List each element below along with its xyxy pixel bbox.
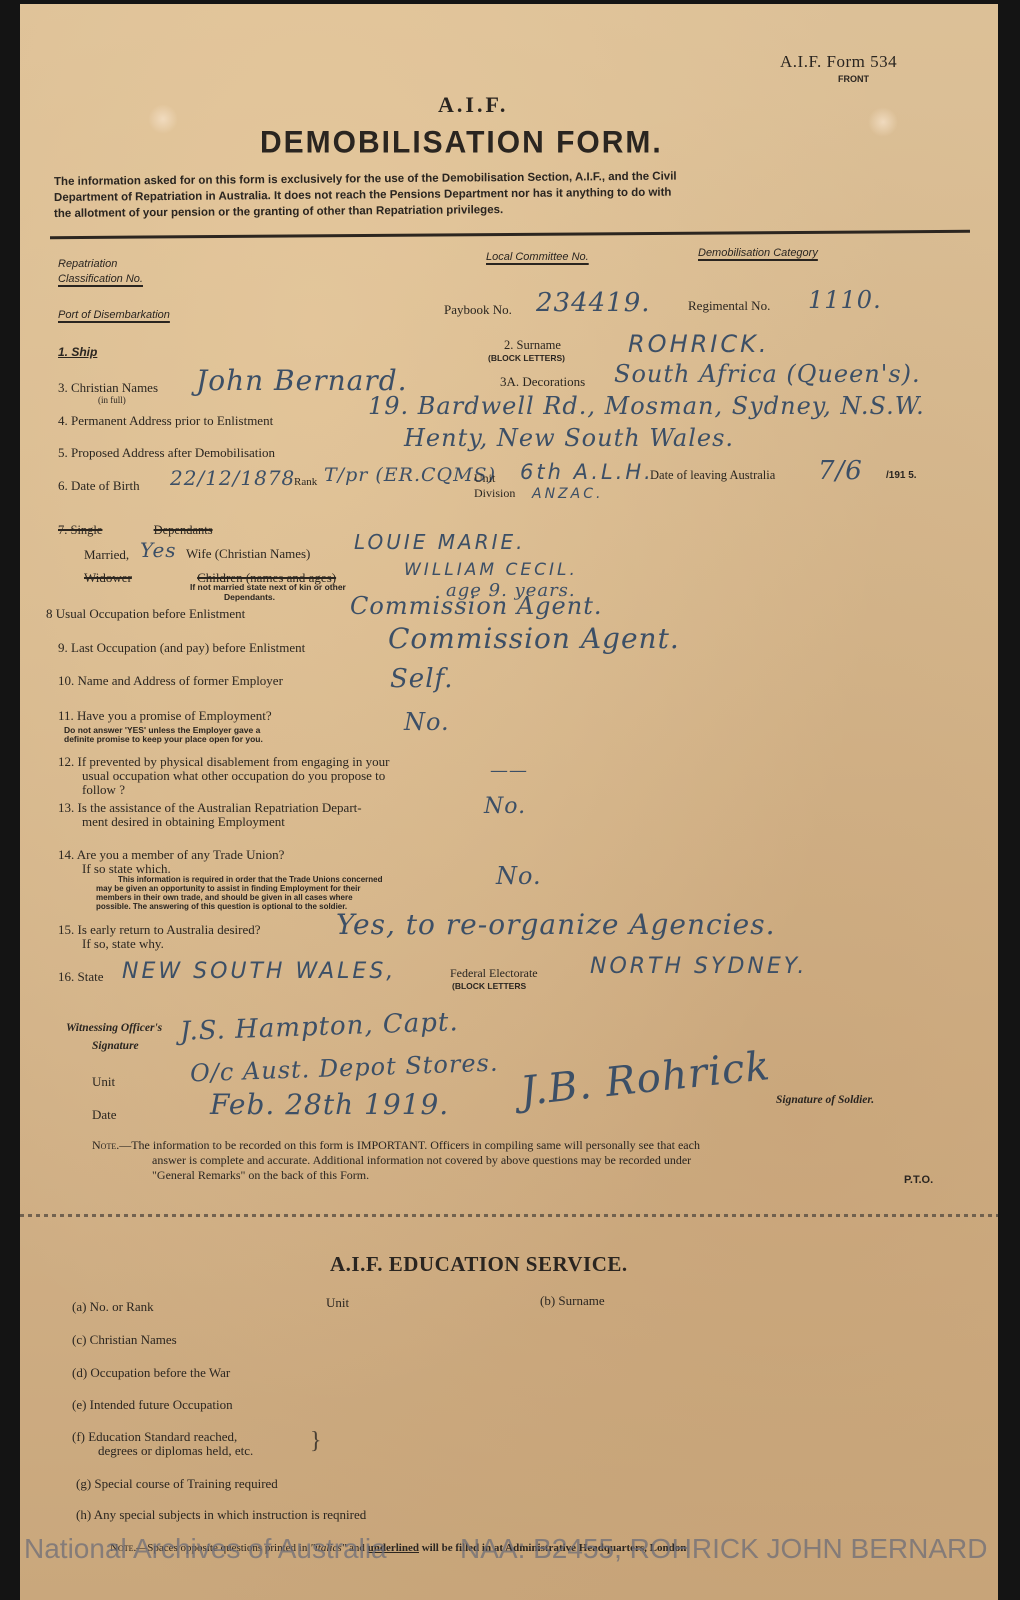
q8-value[interactable]: Commission Agent. [350,592,602,620]
education-title: A.I.F. EDUCATION SERVICE. [330,1252,628,1277]
regimental-value[interactable]: 1110. [808,286,882,314]
date-value[interactable]: Feb. 28th 1919. [210,1088,449,1121]
q14-note-1: This information is required in order th… [118,875,382,884]
archive-watermark-left: National Archives of Australia [24,1533,387,1565]
wife-value[interactable]: LOUIE MARIE. [354,530,526,554]
edu-no-rank-label: (a) No. or Rank [72,1299,154,1315]
q11-value[interactable]: No. [404,708,450,736]
widower-option: Widower [84,570,132,585]
q10-label: 10. Name and Address of former Employer [58,673,283,689]
repatriation-classification-label-1: Repatriation [58,258,117,270]
perm-address-value[interactable]: 19. Bardwell Rd., Mosman, Sydney, N.S.W. [368,392,925,420]
q11-note-2: definite promise to keep your place open… [64,734,263,744]
q16-state-value[interactable]: NEW SOUTH WALES, [122,959,396,984]
unit-label: Unit [474,471,495,486]
date-leaving-year: /191 5. [886,470,917,481]
note-text-1: —The information to be recorded on this … [119,1138,700,1152]
punch-hole [148,104,178,134]
q14-note-4: possible. The answering of this question… [96,902,347,911]
witness-unit-value[interactable]: O/c Aust. Depot Stores. [190,1049,499,1088]
next-of-kin-note-2: Dependants. [224,592,275,602]
demob-category-label: Demobilisation Category [698,247,818,259]
christian-names-sub: (in full) [98,395,126,405]
date-leaving-label: Date of leaving Australia [650,468,775,483]
q16-electorate-sub: (BLOCK LETTERS [452,981,526,991]
q7-single-label: 7. Single Dependants [58,523,213,538]
intro-line-2: Department of Repatriation in Australia.… [54,187,672,204]
single-option: 7. Single [58,523,102,537]
q12-line-2: usual occupation what other occupation d… [82,768,385,784]
edu-standard-label-2: degrees or diplomas held, etc. [98,1443,253,1459]
next-of-kin-note-1: If not married state next of kin or othe… [190,582,346,592]
edu-surname-label: (b) Surname [540,1293,605,1309]
org-title: A.I.F. [438,92,508,118]
header-divider [50,230,970,239]
division-label: Division [474,486,515,501]
soldier-signature[interactable]: J.B. Rohrick [518,1043,772,1115]
brace-icon: } [310,1428,322,1455]
q9-label: 9. Last Occupation (and pay) before Enli… [58,640,305,656]
married-label: Married, [84,547,129,563]
decorations-value[interactable]: South Africa (Queen's). [614,360,921,388]
division-value[interactable]: ANZAC. [532,486,603,502]
q12-line-3: follow ? [82,782,125,798]
paybook-label: Paybook No. [444,302,512,318]
rank-label: Rank [294,476,317,488]
q16-electorate-label: Federal Electorate [450,966,538,981]
intro-line-3: the allotment of your pension or the gra… [54,204,503,220]
edu-unit-label: Unit [326,1295,349,1311]
witness-unit-label: Unit [92,1074,115,1090]
port-of-disembarkation-label: Port of Disembarkation [58,309,170,321]
pto-label: P.T.O. [904,1174,933,1186]
ship-label: 1. Ship [58,345,97,360]
paybook-value[interactable]: 234419. [536,288,651,318]
q10-value[interactable]: Self. [390,664,453,694]
q16-state-label: 16. State [58,969,104,985]
q12-value[interactable]: —— [490,760,528,781]
edu-future-occupation-label: (e) Intended future Occupation [72,1397,233,1413]
proposed-address-value[interactable]: Henty, New South Wales. [404,424,734,452]
archive-watermark-right: NAA: B2455, ROHRICK JOHN BERNARD [460,1533,987,1565]
soldier-signature-label: Signature of Soldier. [776,1094,874,1106]
surname-sub: (BLOCK LETTERS) [488,353,565,363]
dependants-option: Dependants [154,523,213,537]
date-label: Date [92,1107,117,1123]
q8-label: 8 Usual Occupation before Enlistment [46,606,245,622]
punch-hole [868,107,898,137]
dob-value[interactable]: 22/12/1878 [170,466,295,490]
surname-value[interactable]: ROHRICK. [628,330,770,358]
edu-special-subjects-label: (h) Any special subjects in which instru… [76,1507,366,1523]
q11-label: 11. Have you a promise of Employment? [58,708,272,724]
intro-line-1: The information asked for on this form i… [54,171,677,188]
q14-note-3: members in their own trade, and should b… [96,893,353,902]
q14-value[interactable]: No. [496,862,542,890]
form-number: A.I.F. Form 534 [780,52,897,72]
note-prefix: Note. [92,1138,119,1152]
q9-value[interactable]: Commission Agent. [388,622,680,655]
wife-label: Wife (Christian Names) [186,546,310,562]
decorations-label: 3A. Decorations [500,374,585,390]
q13-line-2: ment desired in obtaining Employment [82,814,285,830]
q14-note-2: may be given an opportunity to assist in… [96,884,360,893]
regimental-label: Regimental No. [688,298,770,314]
married-value[interactable]: Yes [140,538,177,562]
document-page: A.I.F. Form 534 FRONT A.I.F. DEMOBILISAT… [20,4,998,1600]
page-title: DEMOBILISATION FORM. [260,125,663,161]
perforation-line [20,1214,998,1217]
witness-signature[interactable]: J.S. Hampton, Capt. [180,1007,460,1047]
q15-line-2: If so, state why. [82,936,164,952]
edu-occupation-before-label: (d) Occupation before the War [72,1365,230,1381]
edu-training-label: (g) Special course of Training required [76,1476,278,1492]
surname-label: 2. Surname [504,338,561,353]
date-leaving-value[interactable]: 7/6 [818,456,863,486]
important-note-line-3: "General Remarks" on the back of this Fo… [152,1168,369,1183]
children-value[interactable]: WILLIAM CECIL. [404,560,578,580]
q15-value[interactable]: Yes, to re-organize Agencies. [336,908,776,941]
dob-label: 6. Date of Birth [58,478,140,494]
q13-value[interactable]: No. [484,794,526,819]
christian-names-label: 3. Christian Names [58,380,158,396]
repatriation-classification-label-2: Classification No. [58,273,143,285]
rank-value[interactable]: T/pr (ER.CQMS) [324,464,496,486]
perm-address-label: 4. Permanent Address prior to Enlistment [58,413,273,429]
important-note-line-1: Note.—The information to be recorded on … [92,1138,700,1153]
important-note-line-2: answer is complete and accurate. Additio… [152,1153,691,1168]
form-side-label: FRONT [838,74,869,84]
witness-label-1: Witnessing Officer's [66,1022,162,1034]
q16-electorate-value[interactable]: NORTH SYDNEY. [590,954,807,979]
proposed-address-label: 5. Proposed Address after Demobilisation [58,445,275,461]
ship-label-text: 1. Ship [58,345,97,359]
witness-label-2: Signature [92,1040,139,1052]
edu-christian-names-label: (c) Christian Names [72,1332,177,1348]
local-committee-label: Local Committee No. [486,251,589,263]
unit-value[interactable]: 6th A.L.H. [520,460,654,484]
